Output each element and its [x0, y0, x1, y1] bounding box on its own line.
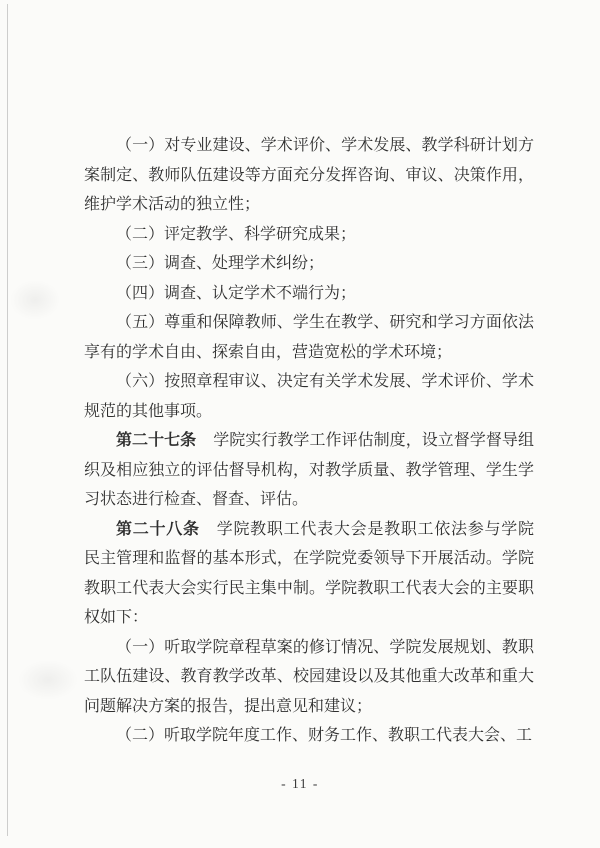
text-line: 问题解决方案的报告，提出意见和建议； — [84, 692, 534, 722]
document-body: （一）对专业建设、学术评价、学术发展、教学科研计划方案制定、教师队伍建设等方面充… — [84, 131, 534, 751]
paragraph: 第二十七条学院实行教学工作评估制度，设立督学督导组织及相应独立的评估督导机构，对… — [84, 426, 534, 515]
paragraph: （六）按照章程审议、决定有关学术发展、学术评价、学术规范的其他事项。 — [84, 367, 534, 426]
text-line: 织及相应独立的评估督导机构，对教学质量、教学管理、学生学 — [84, 456, 534, 486]
paragraph: （二）评定教学、科学研究成果； — [84, 220, 534, 250]
paragraph: （一）听取学院章程草案的修订情况、学院发展规划、教职工队伍建设、教育教学改革、校… — [84, 633, 534, 722]
text-line: （二）评定教学、科学研究成果； — [84, 220, 534, 250]
paragraph: 第二十八条学院教职工代表大会是教职工依法参与学院民主管理和监督的基本形式，在学院… — [84, 515, 534, 633]
paragraph: （二）听取学院年度工作、财务工作、教职工代表大会、工 — [84, 721, 534, 751]
paragraph: （一）对专业建设、学术评价、学术发展、教学科研计划方案制定、教师队伍建设等方面充… — [84, 131, 534, 220]
text-line: 民主管理和监督的基本形式，在学院党委领导下开展活动。学院 — [84, 544, 534, 574]
scan-artifact-line — [7, 4, 8, 836]
text-line: （一）对专业建设、学术评价、学术发展、教学科研计划方 — [84, 131, 534, 161]
text-line: （六）按照章程审议、决定有关学术发展、学术评价、学术 — [84, 367, 534, 397]
text-line: 享有的学术自由、探索自由，营造宽松的学术环境； — [84, 338, 534, 368]
text-line: （一）听取学院章程草案的修订情况、学院发展规划、教职 — [84, 633, 534, 663]
text-line: （五）尊重和保障教师、学生在教学、研究和学习方面依法 — [84, 308, 534, 338]
text-line: 权如下： — [84, 603, 534, 633]
article-number: 第二十七条 — [116, 432, 196, 449]
paragraph: （四）调查、认定学术不端行为； — [84, 279, 534, 309]
text-line: 第二十八条学院教职工代表大会是教职工依法参与学院 — [84, 515, 534, 545]
scan-smudge — [10, 280, 60, 320]
page-number: - 11 - — [0, 776, 600, 792]
text-line: 规范的其他事项。 — [84, 397, 534, 427]
text-line: （四）调查、认定学术不端行为； — [84, 279, 534, 309]
text-line: （三）调查、处理学术纠纷； — [84, 249, 534, 279]
text-line: 案制定、教师队伍建设等方面充分发挥咨询、审议、决策作用， — [84, 161, 534, 191]
text-line: 第二十七条学院实行教学工作评估制度，设立督学督导组 — [84, 426, 534, 456]
text-line: （二）听取学院年度工作、财务工作、教职工代表大会、工 — [84, 721, 534, 751]
text-line: 维护学术活动的独立性； — [84, 190, 534, 220]
scanned-page: （一）对专业建设、学术评价、学术发展、教学科研计划方案制定、教师队伍建设等方面充… — [0, 0, 600, 848]
scan-smudge — [18, 660, 78, 700]
text-line: 教职工代表大会实行民主集中制。学院教职工代表大会的主要职 — [84, 574, 534, 604]
paragraph: （五）尊重和保障教师、学生在教学、研究和学习方面依法享有的学术自由、探索自由，营… — [84, 308, 534, 367]
article-number: 第二十八条 — [116, 521, 200, 538]
paragraph: （三）调查、处理学术纠纷； — [84, 249, 534, 279]
text-line: 习状态进行检查、督查、评估。 — [84, 485, 534, 515]
text-line: 工队伍建设、教育教学改革、校园建设以及其他重大改革和重大 — [84, 662, 534, 692]
